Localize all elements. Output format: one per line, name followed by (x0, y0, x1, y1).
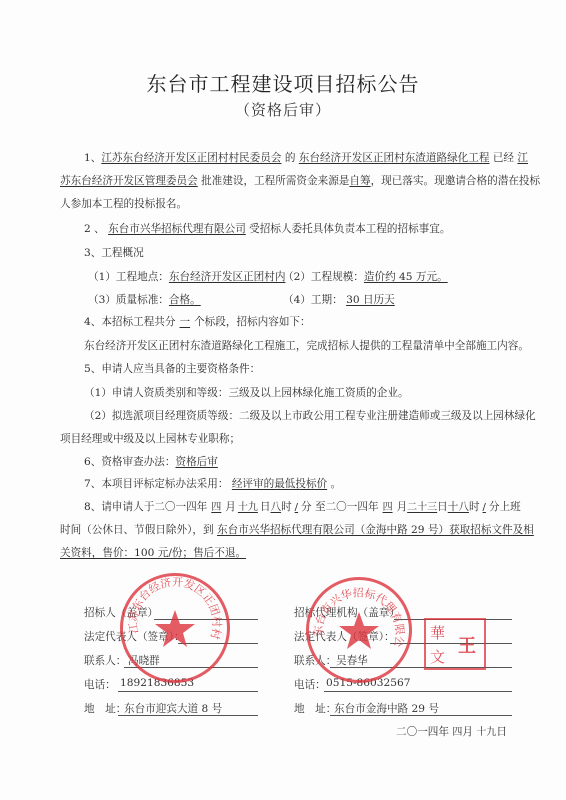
section-1-line-2: 苏东台经济开发区管理委员会 批准建设，工程所需资金来源是自筹，现已落实。现邀请合… (60, 174, 540, 188)
agent-address-label: 地 址： (294, 701, 336, 716)
approver-part-1: 江 (517, 152, 528, 164)
quality-row: （3）质量标准：合格。 (88, 293, 201, 307)
s8-text: 月 (225, 501, 236, 513)
date-month: 四 (452, 727, 462, 738)
section-8-line-2: 时间（公休日、节假日除外），到 东台市兴华招标代理有限公司（金海中路 29 号）… (60, 523, 534, 537)
section-3-heading: 3、工程概况 (84, 246, 144, 260)
end-hour: 十八 (448, 501, 469, 513)
start-month: 四 (207, 502, 225, 513)
location-value: 东台经济开发区正团村内 (169, 271, 286, 283)
tender-content: 东台经济开发区正团村东渣道路绿化工程施工，完成招标人提供的工程量清单中全部施工内… (84, 339, 529, 353)
text-invitation: ，现已落实。现邀请合格的潜在投标 (371, 175, 541, 187)
text-of: 的 (285, 152, 296, 164)
seal-char-1: 華 (430, 622, 445, 643)
evaluation-method-value: 经评审的最低投标价 (232, 478, 327, 490)
signature-line (118, 715, 258, 716)
document-pickup-location: 东台市兴华招标代理有限公司（金海中路 29 号）获取招标文件及相 (217, 524, 534, 536)
date-year: 二〇一四年 (396, 726, 449, 738)
location-label: （1）工程地点： (88, 271, 169, 283)
text-funding-source: 批准建设，工程所需资金来源是 (201, 175, 349, 187)
start-day: 十九 (236, 502, 260, 513)
document-title: 东台市工程建设项目招标公告 (0, 68, 566, 97)
tenderer-address-value: 东台市迎宾大道 8 号 (124, 701, 222, 716)
period-label: （4）工期： (283, 294, 343, 306)
issue-date: 二〇一四年 四月 十九日 (396, 725, 507, 740)
s8-text: 分 至二〇一四年 (301, 501, 379, 513)
section-1-line-1: 1、江苏东台经济开发区正团村村民委员会 的 东台经济开发区正团村东渣道路绿化工程… (84, 151, 528, 165)
text-approved: 已经 (493, 152, 514, 164)
end-minute: / (480, 502, 489, 513)
funding-value: 自筹 (349, 175, 370, 187)
section-1-line-3: 人参加本工程的投标报名。 (60, 197, 187, 211)
section-2-line: 2 、 东台市兴华招标代理有限公司 受招标人委托具体负责本工程的招标事宜。 (84, 222, 450, 236)
section-1-number: 1、 (84, 152, 101, 164)
date-day: 十九 (476, 727, 496, 738)
seal-char-2: 王 (458, 632, 476, 658)
document-price: 关资料，售价：100 元/份；售后不退。 (60, 547, 246, 559)
document-page: 东台市工程建设项目招标公告 （资格后审） 1、江苏东台经济开发区正团村村民委员会… (0, 0, 566, 800)
lot-count: 一 (176, 316, 195, 328)
review-method-label: 6、资格审查办法： (84, 456, 176, 468)
s8-text: 日 (260, 501, 271, 513)
seal-star-icon: 江苏东台经济开发区正团村村民委员会 (123, 576, 227, 680)
section-7-line: 7、本项目评标定标办法采用： 经评审的最低投标价 。 (84, 477, 341, 491)
quality-value: 合格。 (169, 294, 201, 306)
evaluation-suffix: 。 (331, 478, 342, 490)
section-4-text-b: 个标段，招标内容如下： (194, 316, 311, 328)
start-hour: 八 (270, 501, 281, 513)
s8-text: 时 (469, 501, 480, 513)
review-method-value: 资格后审 (176, 456, 218, 468)
seal-char-3: 文 (430, 646, 445, 667)
agent-address-value: 东台市金海中路 29 号 (334, 701, 439, 716)
signature-line (324, 691, 512, 692)
section-2-number: 2 、 (84, 223, 105, 235)
qualification-item-2-line-2: 项目经理或中级及以上园林专业职称； (60, 432, 240, 446)
tenderer-official-seal: 江苏东台经济开发区正团村村民委员会 (120, 573, 230, 683)
section-2-text: 受招标人委托具体负责本工程的招标事宜。 (249, 223, 450, 235)
section-8-line-3: 关资料，售价：100 元/份；售后不退。 (60, 546, 246, 560)
section-4-line: 4、本招标工程共分一个标段，招标内容如下： (84, 315, 311, 329)
s8-text: 日 (437, 501, 448, 513)
personal-square-seal: 華 王 文 (424, 618, 486, 670)
s8-text: 8、请申请人于二〇一四年 (84, 501, 207, 513)
evaluation-method-label: 7、本项目评标定标办法采用： (84, 478, 228, 490)
section-6-line: 6、资格审查办法：资格后审 (84, 455, 218, 469)
agent-official-seal: 东台市兴华招标代理有限公司 (306, 577, 412, 683)
s8-text: 月 (397, 501, 408, 513)
s8-text: 分上班 (489, 501, 521, 513)
start-minute: / (292, 502, 301, 513)
tenderer-phone-label: 电话： (84, 677, 116, 692)
section-4-text-a: 4、本招标工程共分 (84, 316, 176, 328)
scale-label: （2）工程规模： (283, 271, 364, 283)
section-5-heading: 5、申请人应当具备的主要资格条件： (84, 362, 260, 376)
document-subtitle: （资格后审） (0, 99, 566, 120)
signature-line (118, 691, 258, 692)
approver-part-2: 苏东台经济开发区管理委员会 (60, 175, 198, 187)
project-location-row: （1）工程地点：东台经济开发区正团村内 (88, 270, 285, 284)
tenderer-name: 江苏东台经济开发区正团村村民委员会 (101, 152, 281, 164)
end-day: 二十三 (407, 502, 437, 513)
s8-text: 时 (281, 501, 292, 513)
project-scale-row: （2）工程规模：造价约 45 万元。 (283, 270, 448, 284)
period-value: 30 日历天 (346, 294, 395, 306)
date-month-suffix: 月 (462, 726, 473, 738)
tenderer-address-label: 地 址： (84, 701, 126, 716)
section-8-line-1: 8、请申请人于二〇一四年四月十九日八时/分 至二〇一四年四月二十三日十八时/分上… (84, 500, 521, 515)
qualification-item-2-line-1: （2）拟选派项目经理资质等级：二级及以上市政公用工程专业注册建造师或三级及以上园… (84, 409, 536, 423)
seal-star-icon: 东台市兴华招标代理有限公司 (309, 580, 409, 680)
tenderer-contact-label: 联系人： (84, 653, 126, 668)
agent-name: 东台市兴华招标代理有限公司 (108, 223, 246, 235)
date-day-suffix: 日 (496, 726, 507, 738)
qualification-item-1: （1）申请人资质类别和等级：三级及以上园林绿化施工资质的企业。 (84, 386, 409, 400)
end-month: 四 (379, 502, 397, 513)
s8-text: 时间（公休日、节假日除外），到 (60, 524, 214, 536)
project-name: 东台经济开发区正团村东渣道路绿化工程 (299, 152, 490, 164)
period-row: （4）工期： 30 日历天 (283, 293, 395, 307)
signature-line (330, 715, 512, 716)
scale-value: 造价约 45 万元。 (364, 271, 448, 283)
quality-label: （3）质量标准： (88, 294, 169, 306)
